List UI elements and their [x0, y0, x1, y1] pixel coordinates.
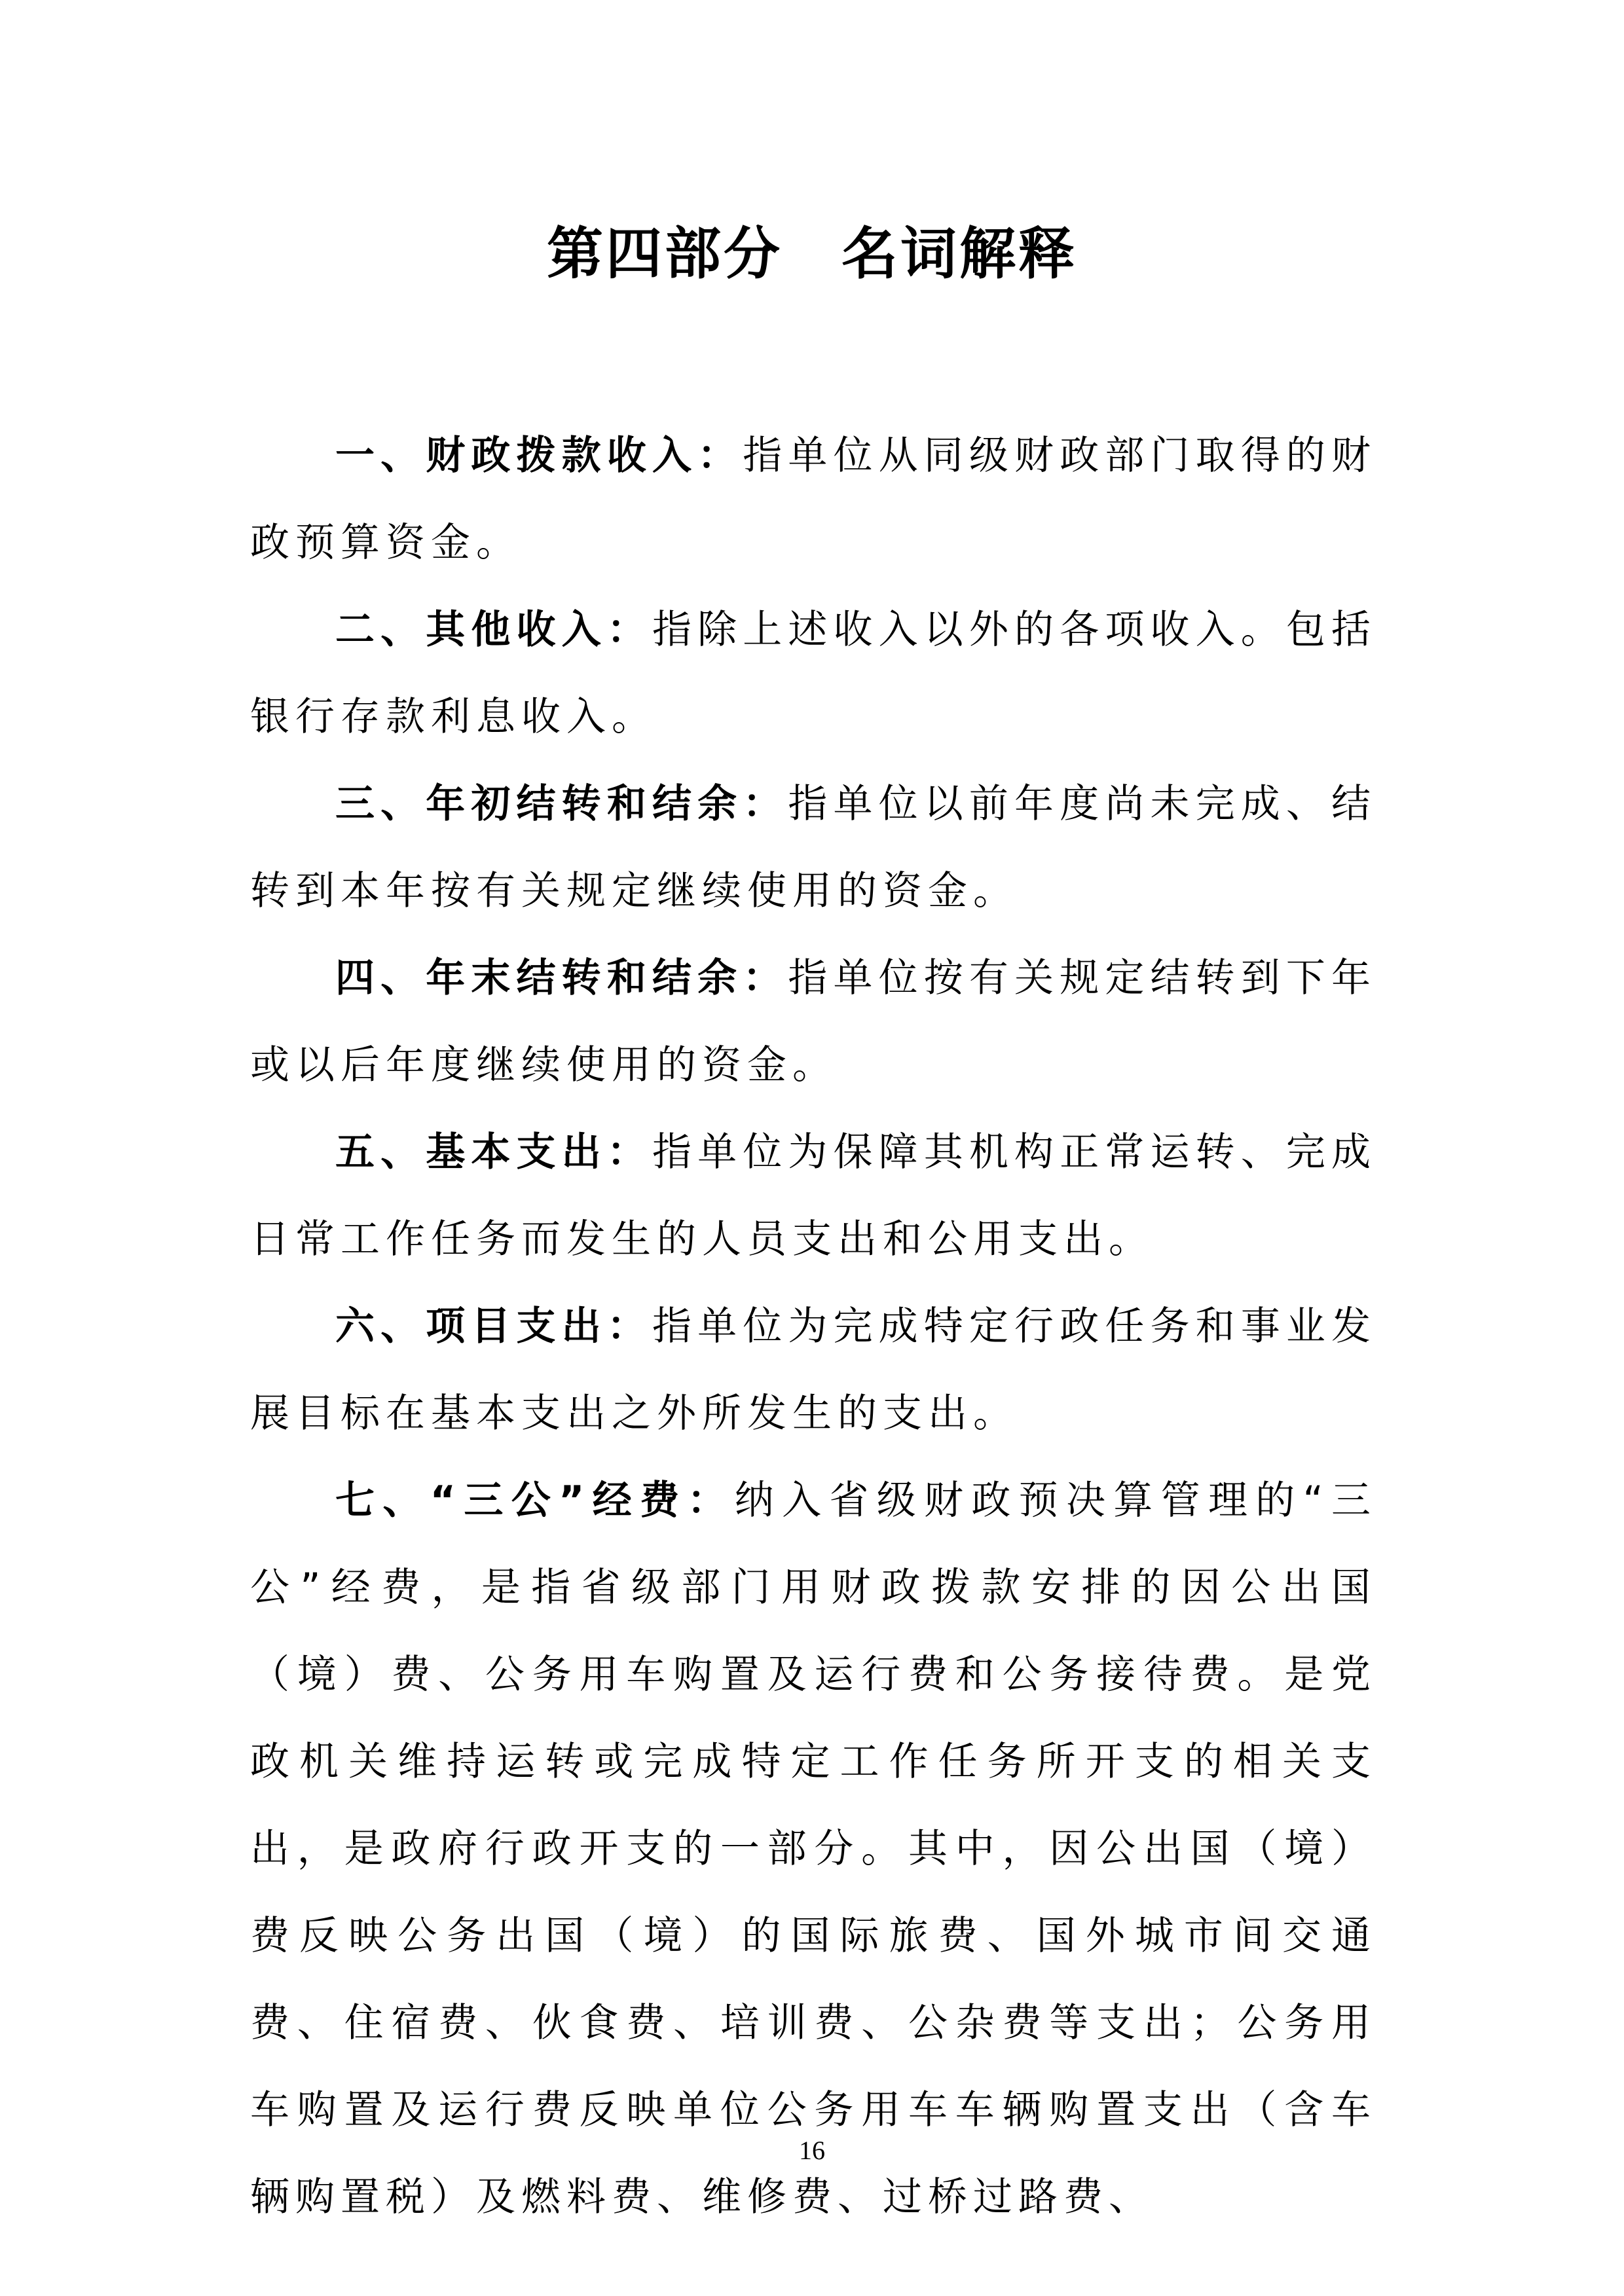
definition-term: 五、基本支出：: [335, 1129, 652, 1175]
definition-body: 纳入省级财政预决算管理的“三公”经费，是指省级部门用财政拨款安排的因公出国（境）…: [250, 1478, 1376, 2220]
definition-term: 六、项目支出：: [335, 1303, 652, 1349]
definition-term: 二、其他收入：: [335, 607, 652, 653]
definitions-list: 一、财政拨款收入：指单位从同级财政部门取得的财政预算资金。 二、其他收入：指除上…: [250, 412, 1376, 2241]
definition-term: 一、财政拨款收入：: [335, 433, 743, 479]
definition-item: 五、基本支出：指单位为保障其机构正常运转、完成日常工作任务而发生的人员支出和公用…: [250, 1109, 1376, 1283]
definition-item: 七、“三公”经费：纳入省级财政预决算管理的“三公”经费，是指省级部门用财政拨款安…: [250, 1457, 1376, 2241]
page-title: 第四部分 名词解释: [0, 226, 1624, 282]
definition-term: 七、“三公”经费：: [335, 1478, 735, 1523]
definition-item: 四、年末结转和结余：指单位按有关规定结转到下年或以后年度继续使用的资金。: [250, 935, 1376, 1109]
definition-item: 六、项目支出：指单位为完成特定行政任务和事业发展目标在基本支出之外所发生的支出。: [250, 1283, 1376, 1457]
definition-term: 三、年初结转和结余：: [335, 781, 788, 827]
definition-item: 一、财政拨款收入：指单位从同级财政部门取得的财政预算资金。: [250, 412, 1376, 587]
definition-term: 四、年末结转和结余：: [335, 955, 788, 1001]
page-number: 16: [0, 2138, 1624, 2164]
definition-item: 三、年初结转和结余：指单位以前年度尚未完成、结转到本年按有关规定继续使用的资金。: [250, 761, 1376, 935]
definition-item: 二、其他收入：指除上述收入以外的各项收入。包括银行存款利息收入。: [250, 587, 1376, 761]
